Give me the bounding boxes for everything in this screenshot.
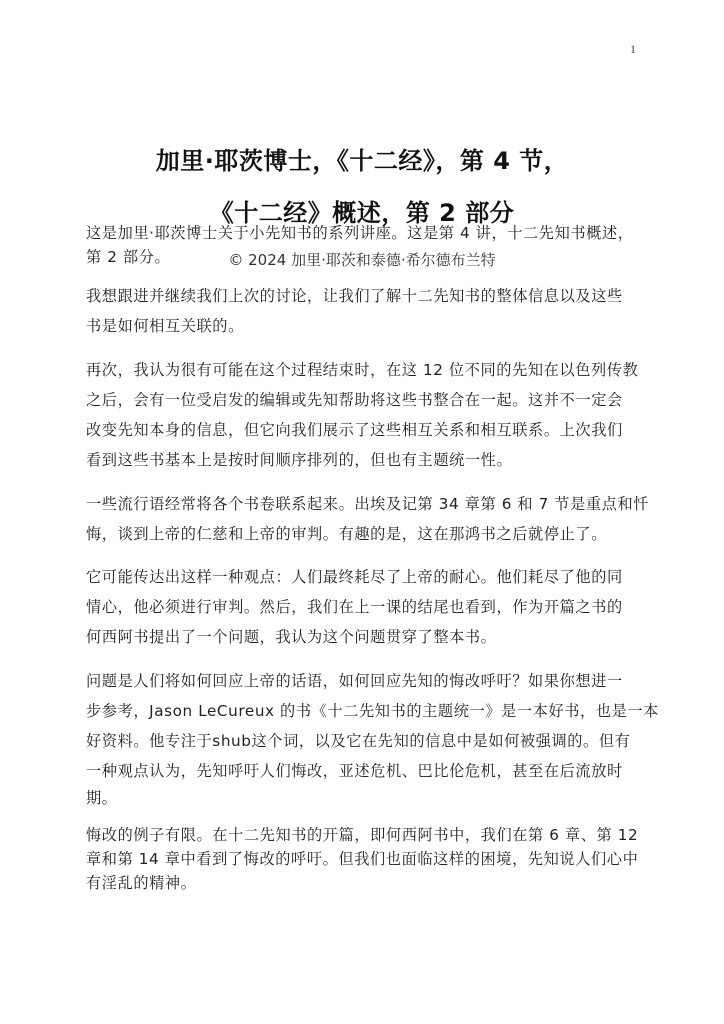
text-line: 步参考，Jason LeCureux 的书《十二先知书的主题统一》是一本好书，也…: [86, 696, 646, 726]
page-number: 1: [630, 42, 636, 57]
text-line: 好资料。他专注于shub这个词，以及它在先知的信息中是如何被强调的。但有: [86, 726, 646, 756]
paragraph-2: 我想跟进并继续我们上次的讨论，让我们了解十二先知书的整体信息以及这些 书是如何相…: [86, 281, 646, 341]
text-line: 之后，会有一位受启发的编辑或先知帮助将这些书整合在一起。这并不一定会: [86, 385, 646, 415]
text-line: 第 2 部分。: [86, 245, 646, 269]
text-line: 看到这些书基本上是按时间顺序排列的，但也有主题统一性。: [86, 445, 646, 475]
paragraph-6: 问题是人们将如何回应上帝的话语，如何回应先知的悔改呼吁？如果你想进一 步参考，J…: [86, 666, 646, 810]
text-line: 悔，谈到上帝的仁慈和上帝的审判。有趣的是，这在那鸿书之后就停止了。: [86, 519, 646, 549]
paragraph-4: 一些流行语经常将各个书卷联系起来。出埃及记第 34 章第 6 和 7 节是重点和…: [86, 489, 646, 549]
paragraph-1: 这是加里·耶茨博士关于小先知书的系列讲座。这是第 4 讲，十二先知书概述， 第 …: [86, 221, 646, 269]
text-line: 问题是人们将如何回应上帝的话语，如何回应先知的悔改呼吁？如果你想进一: [86, 666, 646, 696]
text-line: 一些流行语经常将各个书卷联系起来。出埃及记第 34 章第 6 和 7 节是重点和…: [86, 489, 646, 519]
text-line: 情心，他必须进行审判。然后，我们在上一课的结尾也看到，作为开篇之书的: [86, 592, 646, 622]
text-line: 再次，我认为很有可能在这个过程结束时，在这 12 位不同的先知在以色列传教: [86, 355, 646, 385]
text-line: 章和第 14 章中看到了悔改的呼吁。但我们也面临这样的困境，先知说人们心中: [86, 847, 646, 871]
paragraph-3: 再次，我认为很有可能在这个过程结束时，在这 12 位不同的先知在以色列传教 之后…: [86, 355, 646, 475]
text-line: 书是如何相互关联的。: [86, 311, 646, 341]
text-line: 改变先知本身的信息，但它向我们展示了这些相互关系和相互联系。上次我们: [86, 415, 646, 445]
text-line: 悔改的例子有限。在十二先知书的开篇，即何西阿书中，我们在第 6 章、第 12: [86, 823, 646, 847]
text-line: 期。: [86, 786, 646, 810]
text-line: 何西阿书提出了一个问题，我认为这个问题贯穿了整本书。: [86, 622, 646, 652]
text-line: 有淫乱的精神。: [86, 871, 646, 895]
text-line: 这是加里·耶茨博士关于小先知书的系列讲座。这是第 4 讲，十二先知书概述，: [86, 221, 646, 245]
paragraph-7: 悔改的例子有限。在十二先知书的开篇，即何西阿书中，我们在第 6 章、第 12 章…: [86, 823, 646, 895]
paragraph-5: 它可能传达出这样一种观点：人们最终耗尽了上帝的耐心。他们耗尽了他的同 情心，他必…: [86, 562, 646, 652]
text-line: 一种观点认为，先知呼吁人们悔改，亚述危机、巴比伦危机，甚至在后流放时: [86, 756, 646, 786]
text-line: 它可能传达出这样一种观点：人们最终耗尽了上帝的耐心。他们耗尽了他的同: [86, 562, 646, 592]
document-title-line-1: 加里·耶茨博士，《十二经》，第 4 节，: [0, 141, 724, 176]
text-line: 我想跟进并继续我们上次的讨论，让我们了解十二先知书的整体信息以及这些: [86, 281, 646, 311]
